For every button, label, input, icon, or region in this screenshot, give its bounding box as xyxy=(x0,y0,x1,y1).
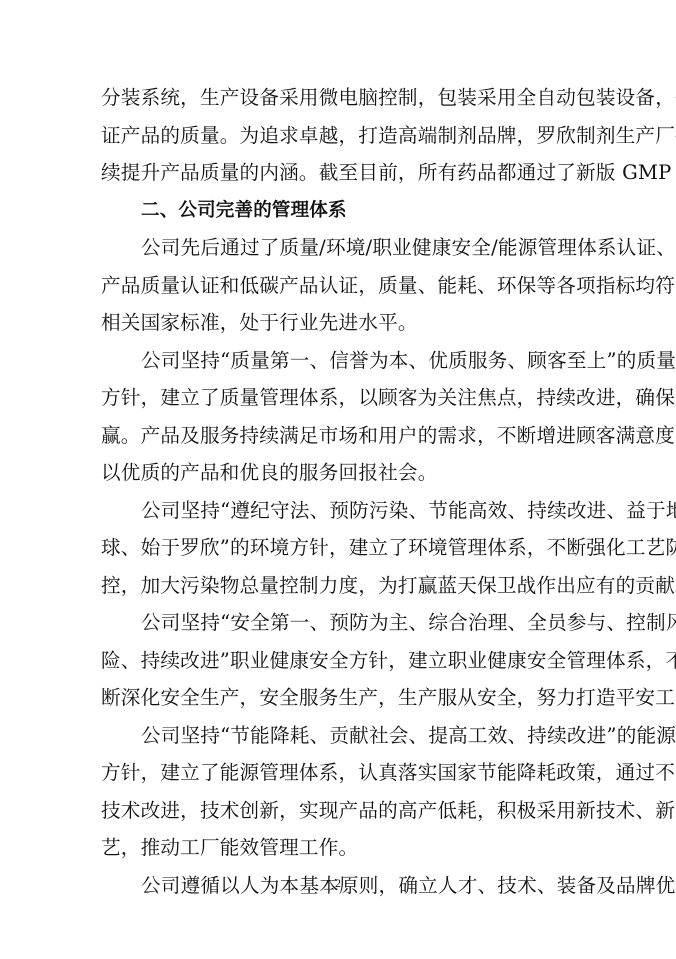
paragraph-continuation: 分装系统，生产设备采用微电脑控制，包装采用全自动包装设备，保 证产品的质量。为追… xyxy=(101,79,579,192)
paragraph-certifications: 公司先后通过了质量/环境/职业健康安全/能源管理体系认证、 产品质量认证和低碳产… xyxy=(101,229,579,342)
text-line: 断深化安全生产，安全服务生产，生产服从安全，努力打造平安工厂。 xyxy=(101,679,579,717)
text-line: 分装系统，生产设备采用微电脑控制，包装采用全自动包装设备，保 xyxy=(101,79,579,117)
text-line: 方针，建立了质量管理体系，以顾客为关注焦点，持续改进，确保双 xyxy=(101,379,579,417)
text-line: 公司坚持“节能降耗、贡献社会、提高工效、持续改进”的能源 xyxy=(101,717,579,755)
paragraph-energy-policy: 公司坚持“节能降耗、贡献社会、提高工效、持续改进”的能源 方针，建立了能源管理体… xyxy=(101,717,579,867)
text-line: 以优质的产品和优良的服务回报社会。 xyxy=(101,454,579,492)
text-line: 公司坚持“质量第一、信誉为本、优质服务、顾客至上”的质量 xyxy=(101,342,579,380)
text-line: 产品质量认证和低碳产品认证，质量、能耗、环保等各项指标均符合 xyxy=(101,267,579,305)
paragraph-environment-policy: 公司坚持“遵纪守法、预防污染、节能高效、持续改进、益于地 球、始于罗欣”的环境方… xyxy=(101,492,579,605)
text-line: 公司先后通过了质量/环境/职业健康安全/能源管理体系认证、 xyxy=(101,229,579,267)
text-line: 方针，建立了能源管理体系，认真落实国家节能降耗政策，通过不断 xyxy=(101,754,579,792)
text-line: 续提升产品质量的内涵。截至目前，所有药品都通过了新版 GMP 认证。 xyxy=(101,154,579,192)
text-line: 证产品的质量。为追求卓越，打造高端制剂品牌，罗欣制剂生产厂持 xyxy=(101,117,579,155)
section-heading: 二、公司完善的管理体系 xyxy=(101,192,579,230)
page-content: 分装系统，生产设备采用微电脑控制，包装采用全自动包装设备，保 证产品的质量。为追… xyxy=(101,79,579,904)
document-page: 分装系统，生产设备采用微电脑控制，包装采用全自动包装设备，保 证产品的质量。为追… xyxy=(0,0,676,959)
page-number: 2 xyxy=(0,876,676,891)
text-line: 球、始于罗欣”的环境方针，建立了环境管理体系，不断强化工艺防 xyxy=(101,529,579,567)
text-line: 艺，推动工厂能效管理工作。 xyxy=(101,829,579,867)
heading-text: 二、公司完善的管理体系 xyxy=(101,192,579,230)
paragraph-safety-policy: 公司坚持“安全第一、预防为主、综合治理、全员参与、控制风 险、持续改进”职业健康… xyxy=(101,604,579,717)
text-line: 赢。产品及服务持续满足市场和用户的需求，不断增进顾客满意度， xyxy=(101,417,579,455)
text-line: 控，加大污染物总量控制力度，为打赢蓝天保卫战作出应有的贡献。 xyxy=(101,567,579,605)
text-line: 技术改进，技术创新，实现产品的高产低耗，积极采用新技术、新工 xyxy=(101,792,579,830)
text-line: 险、持续改进”职业健康安全方针，建立职业健康安全管理体系，不 xyxy=(101,642,579,680)
text-line: 相关国家标准，处于行业先进水平。 xyxy=(101,304,579,342)
paragraph-quality-policy: 公司坚持“质量第一、信誉为本、优质服务、顾客至上”的质量 方针，建立了质量管理体… xyxy=(101,342,579,492)
text-line: 公司坚持“安全第一、预防为主、综合治理、全员参与、控制风 xyxy=(101,604,579,642)
text-line: 公司坚持“遵纪守法、预防污染、节能高效、持续改进、益于地 xyxy=(101,492,579,530)
